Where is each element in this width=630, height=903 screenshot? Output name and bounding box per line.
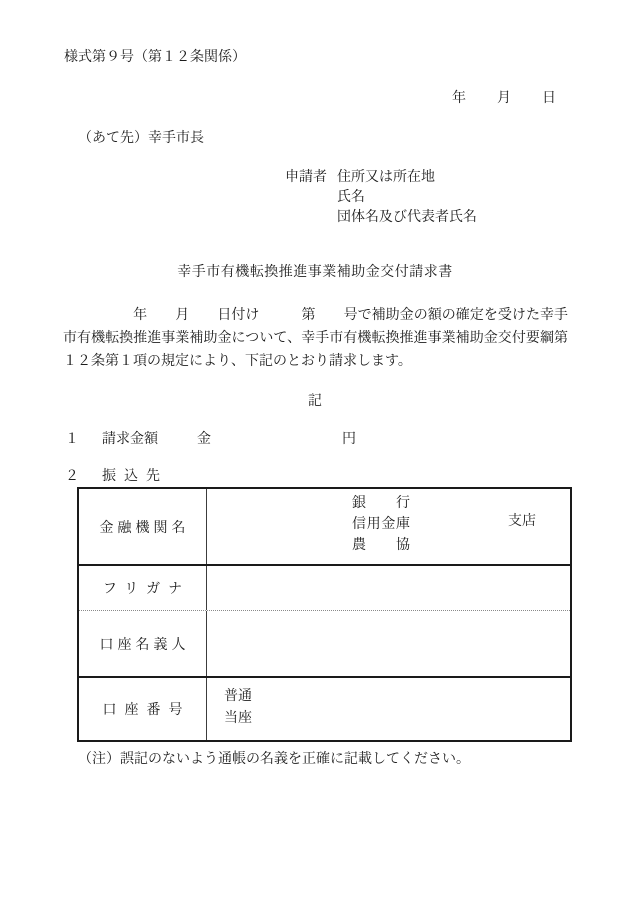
form-number: 様式第９号（第１２条関係） xyxy=(64,46,246,66)
amount-prefix: 金 xyxy=(197,428,211,448)
ki-marker: 記 xyxy=(0,390,630,410)
furigana-label: フリガナ xyxy=(79,566,207,610)
bank-account-table: 金融機関名 銀行 信用金庫 農協 支店 フリガナ 口座名義人 口座番号 xyxy=(77,487,572,742)
addressee-line: （あて先）幸手市長 xyxy=(78,127,204,147)
item2-number: ２ xyxy=(65,465,79,485)
item2-label: 振込先 xyxy=(102,465,168,485)
amount-suffix: 円 xyxy=(342,428,356,448)
account-type-ordinary: 普通 xyxy=(224,686,252,708)
item1-number: １ xyxy=(65,428,79,448)
bank-type-shinkin: 信用金庫 xyxy=(352,514,410,535)
account-type-current: 当座 xyxy=(224,708,252,730)
account-holder-field xyxy=(207,611,570,676)
date-line: 年 月 日 xyxy=(452,87,557,107)
applicant-address-label: 住所又は所在地 xyxy=(337,168,477,188)
table-row-account-holder: 口座名義人 xyxy=(79,611,570,676)
table-row-account-number: 口座番号 普通 当座 xyxy=(79,678,570,740)
applicant-label: 申請者 xyxy=(285,168,327,228)
item1-label: 請求金額 xyxy=(102,428,158,448)
footnote: （注）誤記のないよう通帳の名義を正確に記載してください。 xyxy=(78,748,470,768)
item-claim-amount: １ 請求金額 金 円 xyxy=(0,428,630,448)
body-paragraph: 年 月 日付け 第 号で補助金の額の確定を受けた幸手市有機転換推進事業補助金につ… xyxy=(63,304,568,373)
account-number-field: 普通 当座 xyxy=(207,678,570,740)
table-row-financial-institution: 金融機関名 銀行 信用金庫 農協 支店 xyxy=(79,489,570,564)
bank-type-nokyo: 農協 xyxy=(352,535,410,556)
furigana-field xyxy=(207,566,570,610)
account-holder-label: 口座名義人 xyxy=(79,611,207,676)
applicant-org-rep-label: 団体名及び代表者氏名 xyxy=(337,208,477,228)
financial-institution-field: 銀行 信用金庫 農協 支店 xyxy=(207,489,570,564)
table-row-furigana: フリガナ xyxy=(79,566,570,610)
item-transfer-destination: ２ 振込先 xyxy=(0,465,630,485)
bank-type-bank: 銀行 xyxy=(352,493,410,514)
financial-institution-label: 金融機関名 xyxy=(79,489,207,564)
account-type-options: 普通 当座 xyxy=(224,686,252,730)
applicant-name-label: 氏名 xyxy=(337,188,477,208)
bank-type-options: 銀行 信用金庫 農協 xyxy=(352,493,410,556)
account-number-label: 口座番号 xyxy=(79,678,207,740)
applicant-block: 申請者 住所又は所在地 氏名 団体名及び代表者氏名 xyxy=(285,168,477,228)
document-title: 幸手市有機転換推進事業補助金交付請求書 xyxy=(0,261,630,281)
form-document-page: 様式第９号（第１２条関係） 年 月 日 （あて先）幸手市長 申請者 住所又は所在… xyxy=(0,0,630,903)
branch-label: 支店 xyxy=(508,510,536,530)
